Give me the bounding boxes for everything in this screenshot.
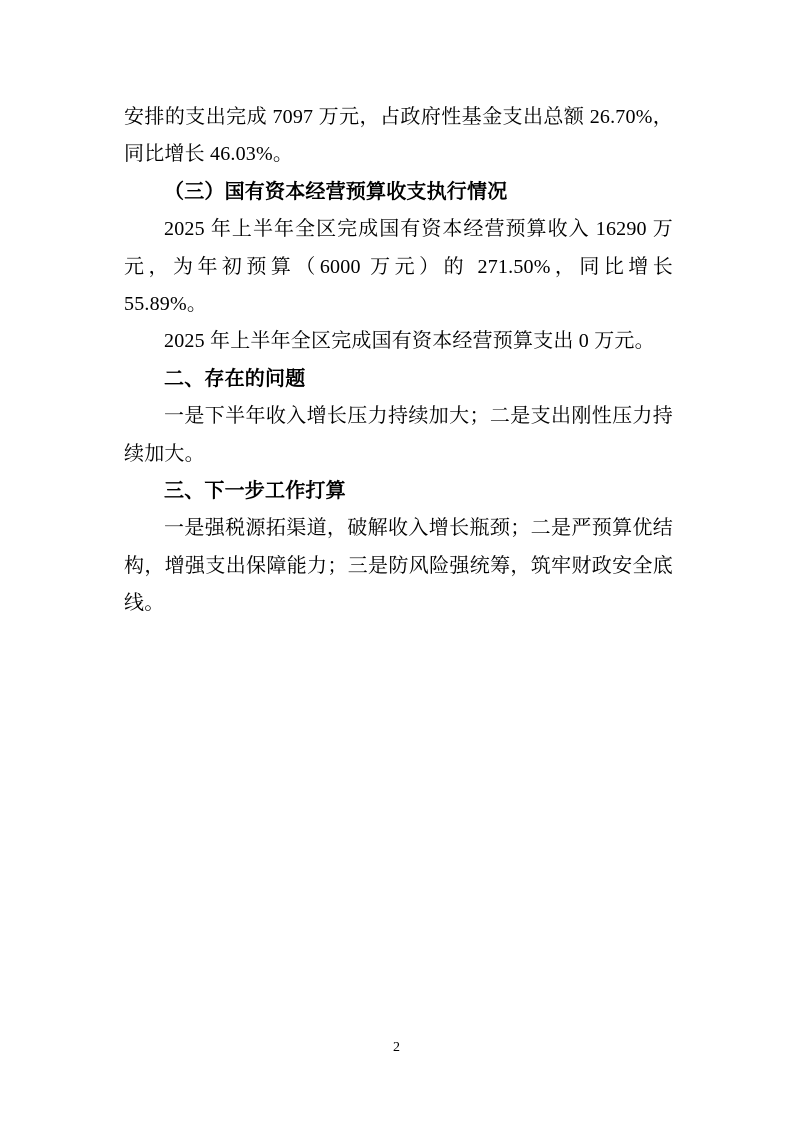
body-paragraph-next-steps: 一是强税源拓渠道，破解收入增长瓶颈；二是严预算优结构，增强支出保障能力；三是防风…	[124, 510, 673, 622]
body-paragraph-problems: 一是下半年收入增长压力持续加大；二是支出刚性压力持续加大。	[124, 398, 673, 473]
body-paragraph-capital-income: 2025 年上半年全区完成国有资本经营预算收入 16290 万元，为年初预算（6…	[124, 211, 673, 323]
page-number: 2	[0, 1036, 793, 1060]
section-heading-next-steps: 三、下一步工作打算	[124, 473, 673, 510]
section-heading-problems: 二、存在的问题	[124, 361, 673, 398]
page-body: 安排的支出完成 7097 万元，占政府性基金支出总额 26.70%，同比增长 4…	[124, 99, 673, 623]
document-page: 安排的支出完成 7097 万元，占政府性基金支出总额 26.70%，同比增长 4…	[0, 0, 793, 1122]
body-paragraph-capital-expenditure: 2025 年上半年全区完成国有资本经营预算支出 0 万元。	[124, 323, 673, 360]
section-heading-capital-budget: （三）国有资本经营预算收支执行情况	[124, 174, 673, 211]
body-paragraph-continued: 安排的支出完成 7097 万元，占政府性基金支出总额 26.70%，同比增长 4…	[124, 99, 673, 174]
